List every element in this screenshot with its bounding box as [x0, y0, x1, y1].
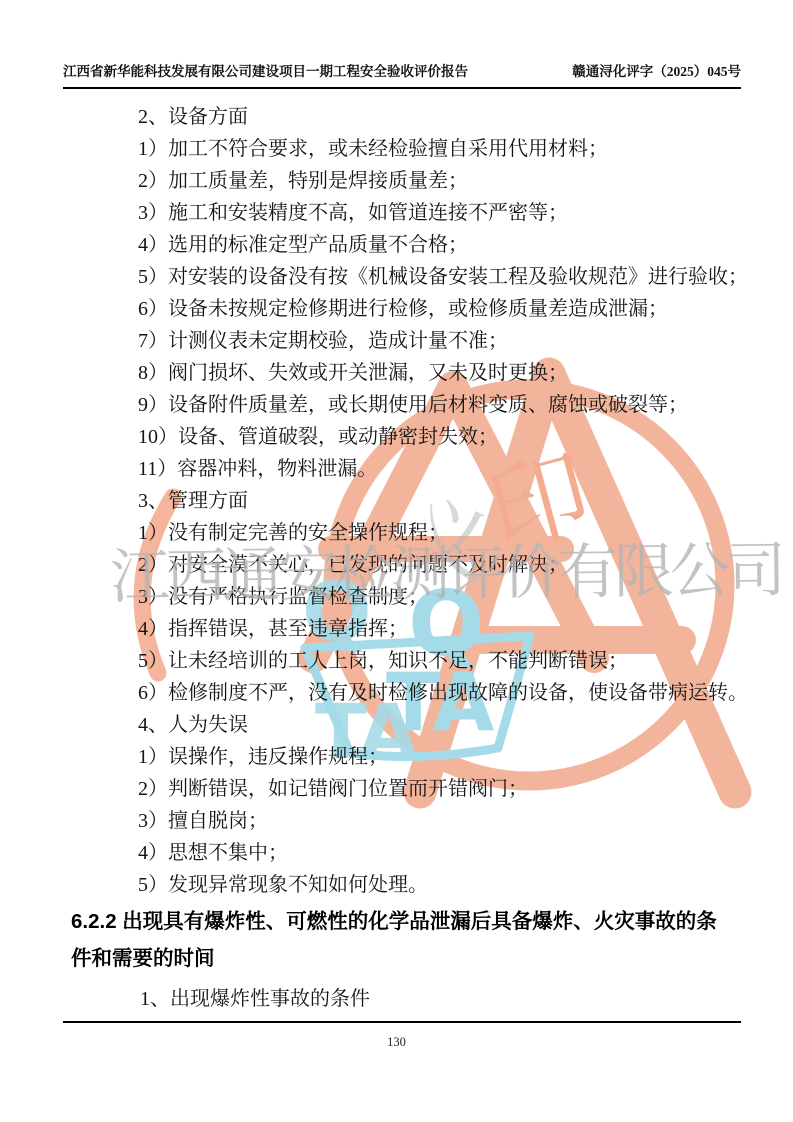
body-line: 6）检修制度不严，没有及时检修出现故障的设备，使设备带病运转。	[138, 677, 748, 709]
page-number: 130	[0, 1035, 793, 1050]
page-header: 江西省新华能科技发展有限公司建设项目一期工程安全验收评价报告 赣通浔化评字（20…	[63, 60, 741, 89]
body-line: 9）设备附件质量差，或长期使用后材料变质、腐蚀或破裂等；	[138, 389, 748, 421]
body-line: 2）对安全漠不关心，已发现的问题不及时解决；	[138, 549, 748, 581]
document-page: 印 Q Q TA TA 义 江西省新华能科技发展有限公司建设项目一期工程安全验收…	[0, 0, 793, 1122]
body-line: 1）误操作，违反操作规程；	[138, 741, 748, 773]
body-line: 5）对安装的设备没有按《机械设备安装工程及验收规范》进行验收；	[138, 261, 748, 293]
body-line: 1）加工不符合要求，或未经检验擅自采用代用材料；	[138, 133, 748, 165]
body-line: 4）思想不集中；	[138, 837, 748, 869]
body-line: 5）让未经培训的工人上岗，知识不足，不能判断错误；	[138, 645, 748, 677]
body-line: 3、管理方面	[138, 485, 748, 517]
body-line: 4）选用的标准定型产品质量不合格；	[138, 229, 748, 261]
body-line: 10）设备、管道破裂，或动静密封失效；	[138, 421, 748, 453]
body-line: 8）阀门损坏、失效或开关泄漏，又未及时更换；	[138, 357, 748, 389]
footer-rule	[63, 1021, 741, 1023]
body-line: 2、设备方面	[138, 101, 748, 133]
report-title: 江西省新华能科技发展有限公司建设项目一期工程安全验收评价报告	[63, 60, 468, 80]
body-line: 4）指挥错误，甚至违章指挥；	[138, 613, 748, 645]
body-line: 3）擅自脱岗；	[138, 805, 748, 837]
body-line: 2）加工质量差，特别是焊接质量差；	[138, 165, 748, 197]
body-line: 2）判断错误，如记错阀门位置而开错阀门；	[138, 773, 748, 805]
body-line: 3）施工和安装精度不高，如管道连接不严密等；	[138, 197, 748, 229]
body-line: 4、人为失误	[138, 709, 748, 741]
body-line: 6）设备未按规定检修期进行检修，或检修质量差造成泄漏；	[138, 293, 748, 325]
body-line: 11）容器冲料，物料泄漏。	[138, 453, 748, 485]
page-content: 江西省新华能科技发展有限公司建设项目一期工程安全验收评价报告 赣通浔化评字（20…	[0, 0, 793, 1122]
body-line: 3）没有严格执行监督检查制度；	[138, 581, 748, 613]
body-text-list: 2、设备方面1）加工不符合要求，或未经检验擅自采用代用材料；2）加工质量差，特别…	[138, 101, 748, 901]
section-heading-622: 6.2.2 出现具有爆炸性、可燃性的化学品泄漏后具备爆炸、火灾事故的条件和需要的…	[71, 903, 731, 977]
body-line: 1）没有制定完善的安全操作规程；	[138, 517, 748, 549]
section-first-item: 1、出现爆炸性事故的条件	[140, 982, 370, 1011]
document-number: 赣通浔化评字（2025）045号	[572, 60, 741, 80]
body-line: 5）发现异常现象不知如何处理。	[138, 869, 748, 901]
body-line: 7）计测仪表未定期校验，造成计量不准；	[138, 325, 748, 357]
